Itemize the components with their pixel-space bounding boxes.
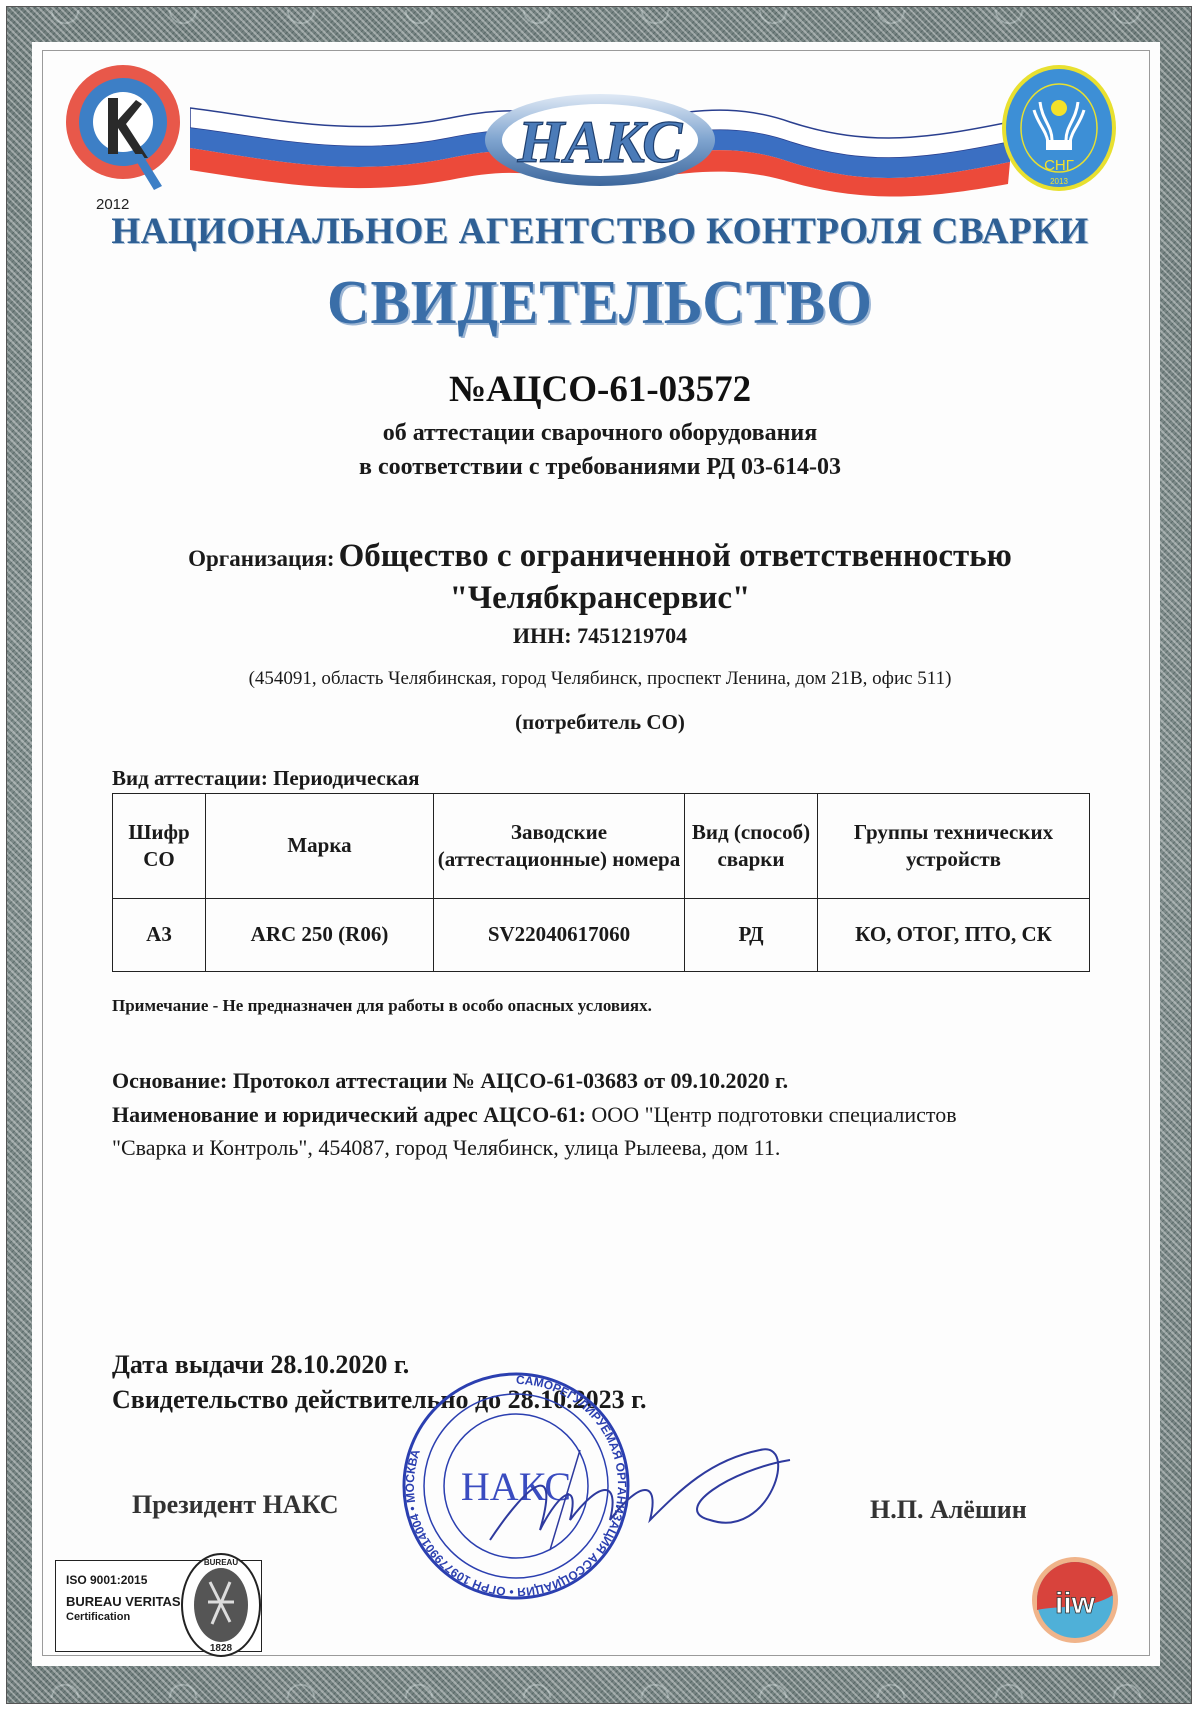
- cell-brand: ARC 250 (R06): [206, 899, 434, 972]
- column-header-device-groups: Группы технических устройств: [818, 794, 1090, 899]
- signature-scribble: [470, 1420, 820, 1560]
- border-scallop-bottom: [6, 1684, 1192, 1698]
- cell-welding-method: РД: [685, 899, 818, 972]
- organization-label: Организация:: [188, 546, 334, 571]
- certificate-subtitle-line2: в соответствии с требованиями РД 03-614-…: [0, 454, 1200, 481]
- organization-address: (454091, область Челябинская, город Челя…: [0, 668, 1200, 690]
- certificate-subtitle-line1: об аттестации сварочного оборудования: [0, 420, 1200, 447]
- quality-award-logo-icon: [62, 62, 184, 202]
- certificate-number: №АЦСО-61-03572: [0, 368, 1200, 411]
- attestation-center-value-line2: "Сварка и Контроль", 454087, город Челяб…: [112, 1135, 780, 1160]
- attestation-center: Наименование и юридический адрес АЦСО-61…: [112, 1098, 1112, 1164]
- bureau-veritas-seal-icon: 1828 BUREAU: [180, 1552, 262, 1658]
- attestation-center-value-line1: ООО "Центр подготовки специалистов: [591, 1102, 956, 1127]
- attestation-type: Вид аттестации: Периодическая: [112, 766, 420, 791]
- cell-code: А3: [113, 899, 206, 972]
- svg-text:НАКС: НАКС: [517, 109, 684, 175]
- organization-inn: ИНН: 7451219704: [0, 623, 1200, 649]
- cell-serial-number: SV22040617060: [434, 899, 685, 972]
- note: Примечание - Не предназначен для работы …: [112, 996, 652, 1016]
- column-header-welding-method: Вид (способ) сварки: [685, 794, 818, 899]
- svg-text:iiw: iiw: [1055, 1587, 1096, 1620]
- column-header-brand: Марка: [206, 794, 434, 899]
- table-row: А3 ARC 250 (R06) SV22040617060 РД КО, ОТ…: [113, 899, 1090, 972]
- svg-text:СНГ: СНГ: [1044, 157, 1074, 174]
- agency-name: НАЦИОНАЛЬНОЕ АГЕНТСТВО КОНТРОЛЯ СВАРКИ: [0, 210, 1200, 253]
- bv-iso-standard: ISO 9001:2015: [66, 1573, 147, 1587]
- svg-text:1828: 1828: [210, 1643, 233, 1654]
- bv-name: BUREAU VERITAS: [66, 1594, 181, 1609]
- column-header-serial-numbers: Заводские (аттестационные) номера: [434, 794, 685, 899]
- issue-date: Дата выдачи 28.10.2020 г.: [112, 1350, 409, 1380]
- cis-award-logo-icon: СНГ 2013: [1000, 62, 1118, 194]
- document-title: СВИДЕТЕЛЬСТВО: [30, 268, 1170, 339]
- organization: Организация: Общество с ограниченной отв…: [0, 538, 1200, 575]
- organization-name: Общество с ограниченной ответственностью: [339, 538, 1012, 574]
- cell-device-groups: КО, ОТОГ, ПТО, СК: [818, 899, 1090, 972]
- svg-text:BUREAU: BUREAU: [204, 1558, 238, 1567]
- equipment-table: Шифр СО Марка Заводские (аттестационные)…: [112, 793, 1090, 972]
- table-header-row: Шифр СО Марка Заводские (аттестационные)…: [113, 794, 1090, 899]
- svg-text:2013: 2013: [1050, 177, 1068, 186]
- column-header-code: Шифр СО: [113, 794, 206, 899]
- bv-certification: Certification: [66, 1611, 130, 1623]
- attestation-center-label: Наименование и юридический адрес АЦСО-61…: [112, 1102, 586, 1127]
- signatory-name: Н.П. Алёшин: [870, 1495, 1027, 1525]
- organization-role: (потребитель СО): [0, 710, 1200, 735]
- border-scallop-top: [6, 10, 1192, 24]
- signatory-position: Президент НАКС: [132, 1490, 339, 1520]
- iiw-logo-icon: iiw: [1030, 1555, 1120, 1645]
- naks-flag-banner-logo: НАКС: [190, 78, 1010, 198]
- organization-name-line2: "Челябкрансервис": [0, 580, 1200, 617]
- basis-protocol: Основание: Протокол аттестации № АЦСО-61…: [112, 1068, 788, 1094]
